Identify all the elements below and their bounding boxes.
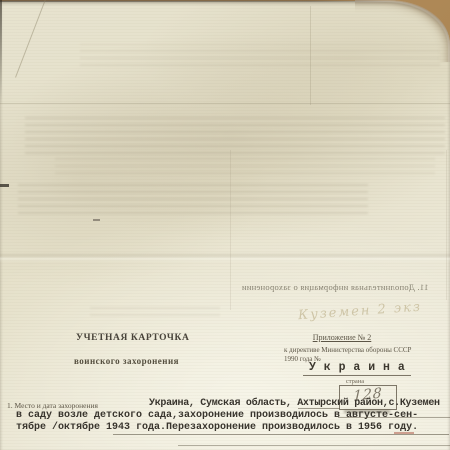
country-value: У к р а и н а (309, 361, 405, 374)
form-rule (338, 417, 450, 418)
bleedthrough-band (18, 182, 368, 214)
burial-entry-line2: в саду возле детского сада,захоронение п… (16, 410, 418, 421)
form-rule (178, 445, 450, 446)
card-subtitle: воинского захоронения (74, 356, 179, 366)
annex-directive: к директиве Министерства обороны СССР (284, 346, 411, 354)
form-rule (298, 408, 340, 409)
red-pencil-tick (394, 432, 414, 434)
form-rule (113, 434, 449, 435)
annex-title: Приложение № 2 (300, 333, 384, 342)
paper-left-edge (0, 0, 2, 105)
burial-entry-label: 1. Место и дата захоронения (7, 401, 98, 410)
horizontal-fold (0, 252, 450, 262)
country-field-label: страна (300, 378, 410, 385)
scanned-document: 11. Дополнительная информация о захороне… (0, 0, 450, 450)
bleedthrough-mirrored-text: 11. Дополнительная информация о захороне… (226, 282, 444, 292)
country-underline (303, 375, 411, 376)
burial-entry-line3: тябре /октябре 1943 года.Перезахоронение… (16, 422, 418, 433)
bleedthrough-band (25, 116, 445, 154)
ink-dash-mark (0, 184, 9, 187)
bleedthrough-band (80, 44, 440, 66)
bleedthrough-band (55, 158, 435, 174)
paper-top-edge (0, 0, 388, 2)
horizontal-crease (0, 103, 450, 104)
ink-dash-mark (93, 219, 100, 221)
bleedthrough-table-line (446, 150, 447, 300)
burial-entry-line1: Украина, Сумская область, Ахтырский райо… (149, 398, 440, 409)
card-title: УЧЕТНАЯ КАРТОЧКА (76, 333, 189, 343)
bleedthrough-band (90, 306, 220, 316)
